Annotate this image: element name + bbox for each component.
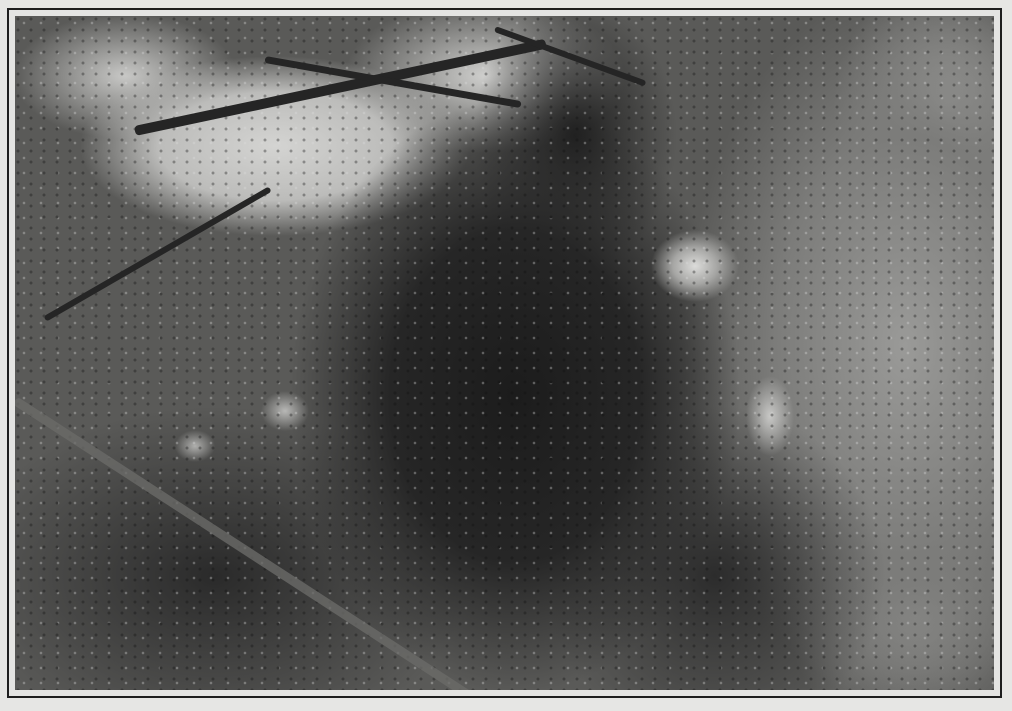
foliage-photograph <box>15 16 994 690</box>
photo-frame <box>7 8 1002 698</box>
halftone-texture <box>15 16 994 690</box>
